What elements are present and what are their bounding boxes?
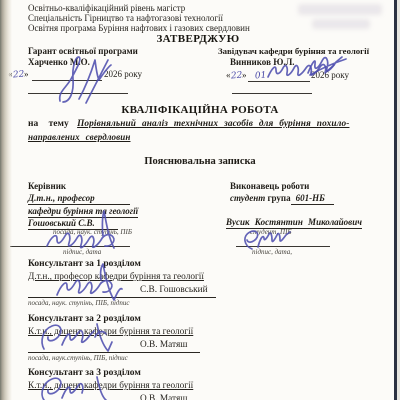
supervisor-caption: посада, наук. ступінь, ПІБ — [53, 228, 132, 236]
ink-bleed-through — [312, 19, 370, 29]
theme-line-1: на тему Порівняльний аналіз технічних за… — [28, 119, 349, 130]
approve-heading: ЗАТВЕРДЖУЮ — [156, 34, 239, 45]
consultant3-name: О.В. Матяш — [28, 394, 187, 400]
theme-text-1: Порівняльний аналіз технічних засобів дл… — [77, 119, 349, 129]
consultant3-position: К.т.н., доцент кафедри буріння та геолог… — [28, 381, 193, 391]
head-role: Завідувач кафедри буріння та геології — [218, 46, 369, 57]
supervisor-position-1: Д.т.н., професор — [28, 193, 130, 205]
executor-name: Вусик Костянтин Миколайович — [226, 217, 362, 229]
group-value: 601-НБ — [291, 193, 334, 205]
consultant1-name: С.В. Гошовський — [28, 285, 208, 295]
guarantor-name: Харченко М.О. — [28, 57, 90, 68]
work-title: КВАЛІФІКАЦІЙНА РОБОТА — [121, 105, 278, 116]
group-label: група — [267, 193, 290, 203]
scanned-title-page: Освітньо-кваліфікаційний рівень магістр … — [0, 0, 400, 400]
consultant1-title: Консультант за 1 розділом — [28, 259, 141, 270]
consultant2-position: К.т.н., доцент кафедри буріння та геолог… — [28, 327, 193, 337]
consultant2-caption: посада, наук.ступінь, ПІБ, підпис — [28, 354, 128, 362]
date-blank-line — [32, 80, 102, 81]
supervisor-label: Керівник — [28, 181, 66, 192]
consultant2-name: О.В. Матяш — [28, 340, 187, 350]
supervisor-sign-caption: підпис, дата — [63, 248, 101, 256]
ink-bleed-through — [298, 4, 382, 15]
handwritten-day: 22 — [12, 70, 24, 82]
note-title: Пояснювальна записка — [144, 156, 255, 167]
executor-sign-caption: підпис, дата, — [252, 248, 292, 256]
executor-caption: студент, ПІБ — [250, 228, 292, 236]
consultant2-title: Консультант за 2 розділом — [28, 314, 141, 325]
executor-group-line: студент група601-НБ — [230, 193, 334, 205]
head-signature-line — [232, 93, 312, 94]
head-year: 2026 року — [311, 70, 349, 81]
head-name: Винников Ю.Л. — [230, 57, 295, 68]
scan-left-edge — [0, 0, 12, 400]
date-blank-line — [248, 81, 310, 82]
guarantor-signature-line — [28, 93, 128, 94]
consultant1-position: Д.т.н., професор кафедри буріння та геол… — [28, 272, 204, 282]
theme-text-2: направлених свердловин — [28, 132, 130, 142]
guarantor-role: Гарант освітньої програми — [28, 46, 138, 57]
theme-line-2: направлених свердловин — [28, 132, 130, 143]
theme-label: на тему — [28, 119, 69, 129]
consultant1-caption: посада, наук. ступінь, ПІБ, підпис — [28, 299, 130, 307]
handwritten-day: 22 — [230, 71, 242, 83]
student-label: студент — [230, 193, 265, 203]
guarantor-year: 2026 року — [104, 69, 142, 80]
supervisor-signature-line — [10, 246, 130, 247]
supervisor-position-2: кафедри буріння та геології — [28, 206, 138, 218]
executor-signature-line — [236, 246, 330, 247]
executor-label: Виконавець роботи — [230, 181, 309, 192]
consultant3-title: Консультант за 3 розділом — [28, 368, 141, 379]
